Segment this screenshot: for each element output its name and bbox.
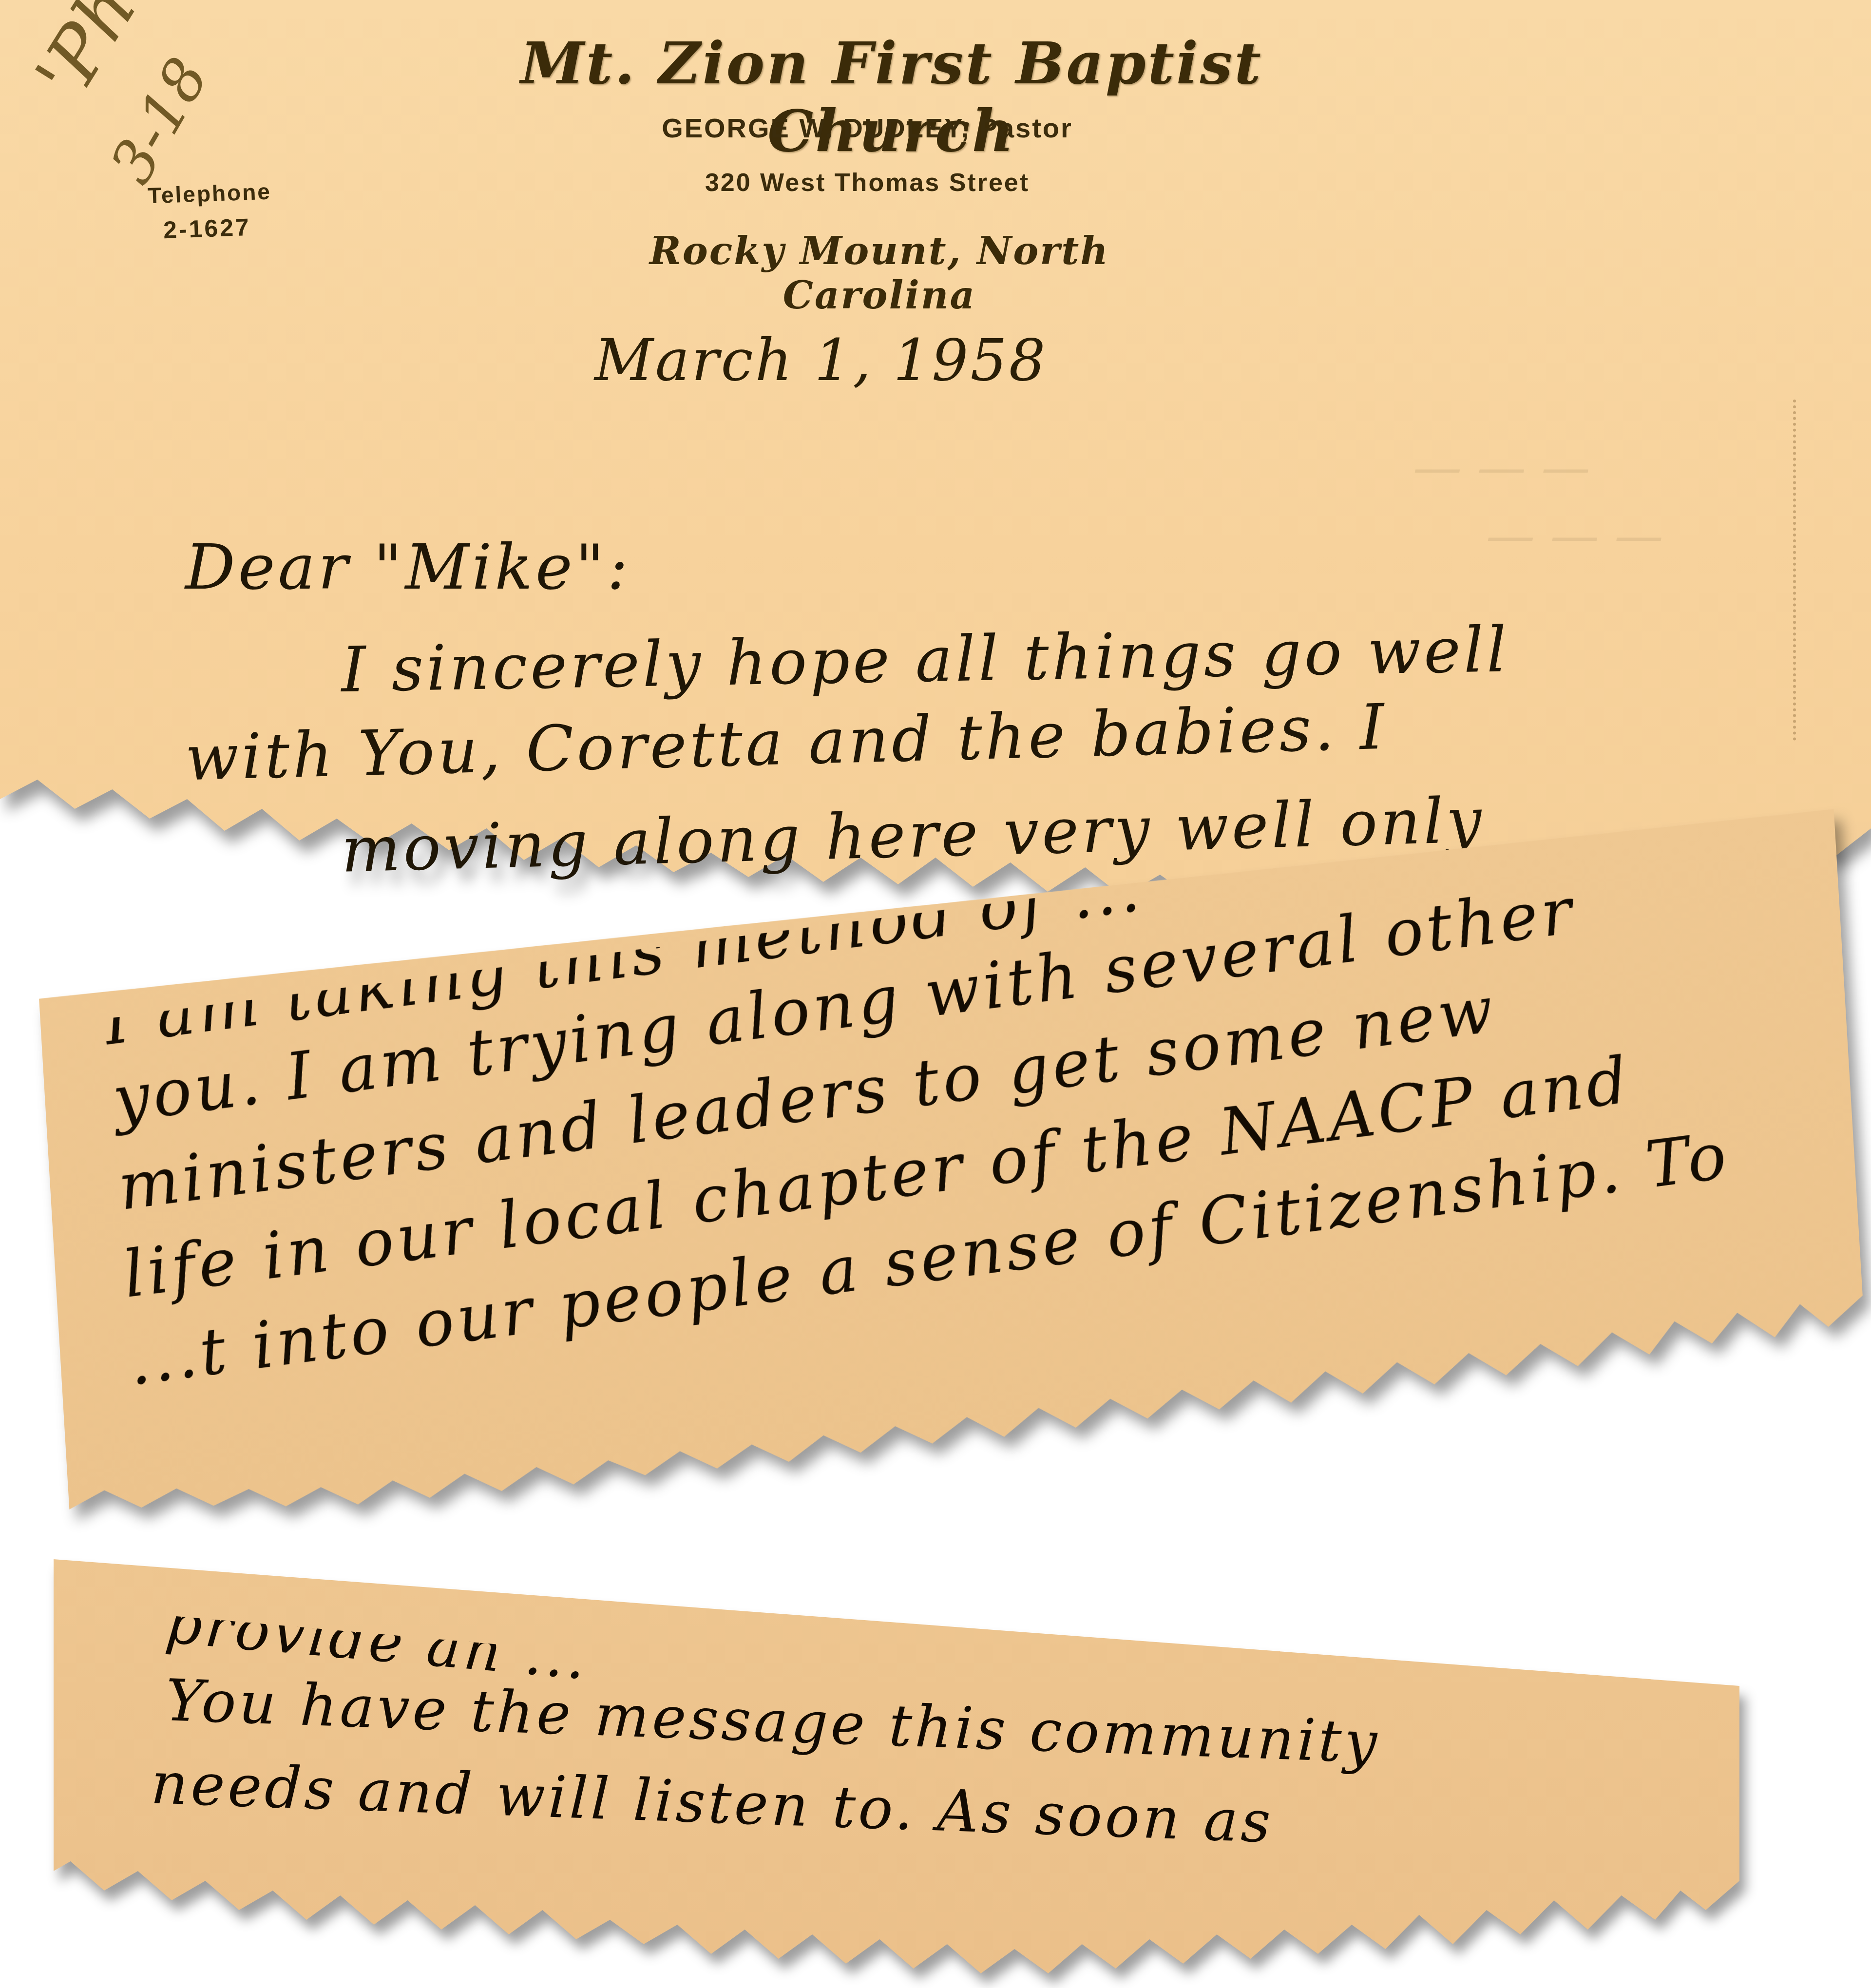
church-city: Rocky Mount, North Carolina bbox=[551, 229, 1208, 318]
pastor-name: GEORGE W. DUDLEY, Pastor bbox=[575, 112, 1160, 144]
letter-fragment-3: provide an ... You have the message this… bbox=[54, 1559, 1739, 1983]
church-street-address: 320 West Thomas Street bbox=[624, 168, 1111, 197]
letter-fragment-1: 'Phone 3-18 Mt. Zion First Baptist Churc… bbox=[0, 0, 1871, 926]
letter-fragment-2: I am taking this method of ... you. I am… bbox=[34, 809, 1870, 1524]
fold-mark bbox=[1793, 400, 1796, 741]
show-through-text: — — — bbox=[1486, 507, 1663, 564]
salutation: Dear "Mike": bbox=[185, 531, 631, 604]
telephone-number: 2-1627 bbox=[126, 211, 288, 245]
letter-date: March 1, 1958 bbox=[594, 326, 1048, 394]
show-through-text: — — — bbox=[1413, 439, 1590, 496]
church-name: Mt. Zion First Baptist Church bbox=[429, 29, 1355, 165]
